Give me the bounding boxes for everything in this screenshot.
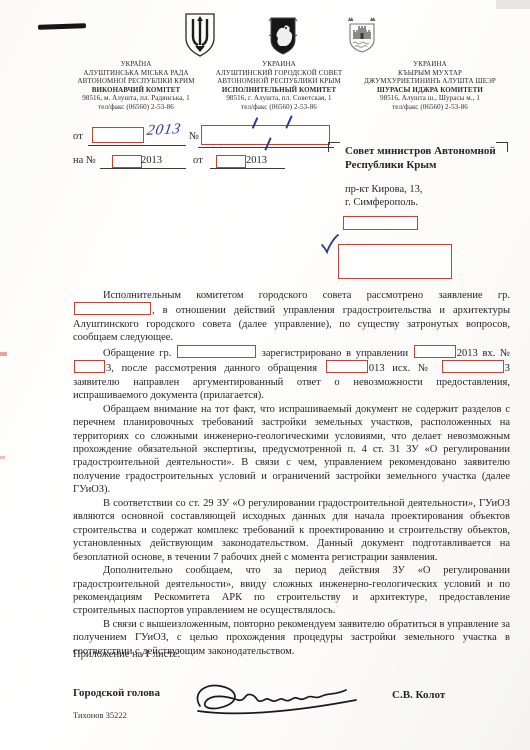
redaction-box-date <box>92 127 144 143</box>
body-paragraph: Дополнительно сообщаем, что за период де… <box>73 564 510 618</box>
body-paragraph: В соответствии со ст. 29 ЗУ «О регулиров… <box>73 497 510 564</box>
reply-to-label: на № <box>73 155 96 166</box>
field-underline <box>100 168 186 169</box>
from-label: от <box>73 131 83 142</box>
scanned-letter-page: УКРАЇНА АЛУШТИНСЬКА МІСЬКА РАДА АВТОНОМН… <box>0 0 530 750</box>
republic-line: АВТОНОМНОЙ РЕСПУБЛИКИ КРЫМ <box>206 77 352 86</box>
signer-title: Городской голова <box>73 687 160 699</box>
corner-mark-left <box>328 142 340 152</box>
recipient-name-line2: Республики Крым <box>345 159 437 172</box>
redaction-box-number <box>201 125 330 145</box>
redaction-box <box>326 360 368 373</box>
recipient-city: г. Симферополь. <box>345 196 418 209</box>
phone-line: тел/факс (06560) 2-53-86 <box>206 103 352 112</box>
reply-year2: 2013 <box>246 155 267 166</box>
letterhead-column-crimean-tatar: УКРАИНА КЪЫРЫМ МУХТАР ДЖУМХУРИЕТИНИНЪ АЛ… <box>352 60 508 112</box>
committee-line: ШУРАСЫ ИДЖРА КОМИТЕТИ <box>352 86 508 95</box>
letterhead-column-russian: УКРАИНА АЛУШТИНСКИЙ ГОРОДСКОЙ СОВЕТ АВТО… <box>206 60 352 112</box>
signature-scribble <box>188 678 366 722</box>
republic-line: ДЖУМХУРИЕТИНИНЪ АЛУШТА ШЕЭР <box>352 77 508 86</box>
castle-crowns-shield-emblem-icon <box>342 15 382 55</box>
number-label: № <box>189 131 199 142</box>
scan-artifact-pink-mark <box>0 456 5 459</box>
handwritten-year: 2013 <box>145 121 182 140</box>
body-paragraph: Обращаем внимание на тот факт, что испра… <box>73 403 510 497</box>
redaction-box <box>74 360 105 373</box>
recipient-name-line1: Совет министров Автономной <box>345 145 496 158</box>
reply-from-label: от <box>193 155 203 166</box>
executor-note: Тихонов 35222 <box>73 710 127 720</box>
ukraine-trident-emblem-icon <box>183 12 217 58</box>
redaction-box-reply-date <box>216 155 246 168</box>
scan-artifact-gray-corner <box>496 0 530 9</box>
recipient-street: пр-кт Кирова, 13, <box>345 183 423 196</box>
redaction-box <box>442 360 504 373</box>
redaction-box <box>74 302 151 315</box>
redaction-box-reply-number <box>112 155 142 168</box>
signer-name: С.В. Колот <box>392 689 445 701</box>
scan-artifact-pink-mark <box>0 352 7 356</box>
committee-line: ИСПОЛНИТЕЛЬНЫЙ КОМИТЕТ <box>206 86 352 95</box>
address-line: 98516, м. Алушта, пл. Радянська, 1 <box>56 94 216 103</box>
phone-line: тел/факс (06560) 2-53-86 <box>352 103 508 112</box>
redaction-box-recipient <box>343 216 418 230</box>
field-underline <box>210 168 285 169</box>
council-line: АЛУШТИНСКИЙ ГОРОДСКОЙ СОВЕТ <box>206 69 352 78</box>
redaction-box <box>177 345 256 358</box>
scan-artifact-black-dash <box>38 23 86 30</box>
letterhead-column-ukrainian: УКРАЇНА АЛУШТИНСЬКА МІСЬКА РАДА АВТОНОМН… <box>56 60 216 112</box>
country-line: УКРАИНА <box>206 60 352 69</box>
body-paragraph: Обращение гр. зарегистрировано в управле… <box>73 345 510 403</box>
body-paragraph: Исполнительным комитетом городского сове… <box>73 289 510 345</box>
redaction-box-recipient-large <box>338 244 452 279</box>
council-line: АЛУШТИНСЬКА МІСЬКА РАДА <box>56 69 216 78</box>
redaction-box <box>414 345 456 358</box>
attachment-note: Приложение на 1 листе. <box>73 649 180 660</box>
address-line: 98516, Алушта ш., Шурасы м., 1 <box>352 94 508 103</box>
council-line: КЪЫРЫМ МУХТАР <box>352 69 508 78</box>
country-line: УКРАЇНА <box>56 60 216 69</box>
field-underline <box>88 145 186 146</box>
phone-line: тел/факс (06560) 2-53-86 <box>56 103 216 112</box>
body-text: Исполнительным комитетом городского сове… <box>73 289 510 658</box>
address-line: 98516, г. Алушта, пл. Советская, 1 <box>206 94 352 103</box>
corner-mark-right <box>496 142 508 152</box>
country-line: УКРАИНА <box>352 60 508 69</box>
republic-line: АВТОНОМНОЇ РЕСПУБЛІКИ КРИМ <box>56 77 216 86</box>
alushta-griffin-shield-emblem-icon <box>267 15 299 57</box>
committee-line: ВИКОНАВЧИЙ КОМІТЕТ <box>56 86 216 95</box>
reply-year: 2013 <box>141 155 162 166</box>
